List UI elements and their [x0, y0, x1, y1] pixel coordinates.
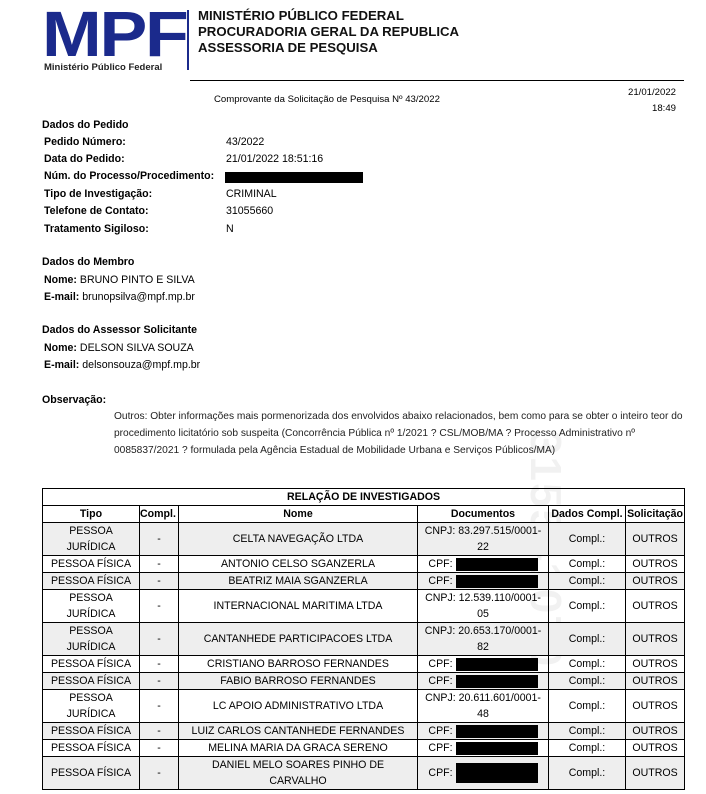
redaction-block [456, 675, 538, 688]
col-header-solicitacao: Solicitação [626, 506, 685, 523]
redacted-value [225, 170, 363, 183]
table-row: PESSOA FÍSICA-LUIZ CARLOS CANTANHEDE FER… [43, 723, 685, 740]
cell-nome: CANTANHEDE PARTICIPACOES LTDA [179, 623, 418, 656]
mpf-logo: MPF Ministério Público Federal [42, 6, 188, 70]
cell-documentos: CNPJ: 12.539.110/0001-05 [418, 590, 549, 623]
cell-solicitacao: OUTROS [626, 690, 685, 723]
cell-compl: - [140, 573, 179, 590]
col-header-dados-compl: Dados Compl. [549, 506, 626, 523]
document-date: 21/01/2022 [600, 85, 676, 101]
logo-text: MPF [42, 2, 187, 66]
cell-compl: - [140, 740, 179, 757]
cell-solicitacao: OUTROS [626, 523, 685, 556]
cell-tipo: PESSOA FÍSICA [43, 673, 140, 690]
cell-documentos: CPF: [418, 757, 549, 790]
cell-compl: - [140, 556, 179, 573]
field-value: 31055660 [226, 205, 273, 217]
cell-compl: - [140, 673, 179, 690]
table-row: PESSOAJURÍDICA-CANTANHEDE PARTICIPACOES … [43, 623, 685, 656]
logo-divider [187, 10, 189, 70]
cell-documentos: CPF: [418, 556, 549, 573]
table-row: PESSOA FÍSICA-MELINA MARIA DA GRACA SERE… [43, 740, 685, 757]
cell-dados-compl: Compl.: [549, 556, 626, 573]
observacao-text: Outros: Obter informações mais pormenori… [114, 408, 684, 459]
cell-solicitacao: OUTROS [626, 757, 685, 790]
cell-compl: - [140, 757, 179, 790]
document-datetime: 21/01/2022 18:49 [600, 85, 676, 117]
document-type: CPF: [428, 725, 452, 737]
col-header-tipo: Tipo [43, 506, 140, 523]
institution-line: MINISTÉRIO PÚBLICO FEDERAL [198, 8, 459, 24]
assessor-nome: Nome: DELSON SILVA SOUZA [44, 342, 194, 354]
header-rule [190, 80, 684, 81]
cell-documentos: CPF: [418, 656, 549, 673]
logo-subtitle: Ministério Público Federal [44, 62, 162, 73]
cell-tipo: PESSOA FÍSICA [43, 723, 140, 740]
cell-tipo: PESSOAJURÍDICA [43, 690, 140, 723]
field-label: Telefone de Contato: [44, 205, 149, 217]
cell-documentos: CPF: [418, 723, 549, 740]
cell-dados-compl: Compl.: [549, 673, 626, 690]
field-label: Tipo de Investigação: [44, 188, 152, 200]
cell-tipo: PESSOA FÍSICA [43, 556, 140, 573]
document-type: CPF: [428, 742, 452, 754]
cell-nome: LC APOIO ADMINISTRATIVO LTDA [179, 690, 418, 723]
cell-nome: ANTONIO CELSO SGANZERLA [179, 556, 418, 573]
field-value: N [226, 223, 234, 235]
field-label: Nome: [44, 342, 77, 354]
cell-nome: CRISTIANO BARROSO FERNANDES [179, 656, 418, 673]
section-heading-pedido: Dados do Pedido [42, 119, 129, 131]
cell-dados-compl: Compl.: [549, 623, 626, 656]
cell-dados-compl: Compl.: [549, 590, 626, 623]
cell-dados-compl: Compl.: [549, 573, 626, 590]
cell-nome: FABIO BARROSO FERNANDES [179, 673, 418, 690]
field-value: 43/2022 [226, 136, 264, 148]
field-label: Nome: [44, 274, 77, 286]
cell-tipo: PESSOA FÍSICA [43, 757, 140, 790]
table-row: PESSOAJURÍDICA-INTERNACIONAL MARITIMA LT… [43, 590, 685, 623]
field-label: Núm. do Processo/Procedimento: [44, 170, 214, 182]
field-label: Pedido Número: [44, 136, 126, 148]
cell-solicitacao: OUTROS [626, 740, 685, 757]
cell-compl: - [140, 723, 179, 740]
cell-solicitacao: OUTROS [626, 556, 685, 573]
cell-dados-compl: Compl.: [549, 723, 626, 740]
redaction-block [225, 172, 363, 183]
document-title: Comprovante da Solicitação de Pesquisa N… [214, 94, 440, 105]
cell-nome: MELINA MARIA DA GRACA SERENO [179, 740, 418, 757]
table-row: PESSOA FÍSICA-CRISTIANO BARROSO FERNANDE… [43, 656, 685, 673]
cell-dados-compl: Compl.: [549, 690, 626, 723]
field-label: E-mail: [44, 359, 79, 371]
col-header-compl: Compl. [140, 506, 179, 523]
cell-documentos: CPF: [418, 573, 549, 590]
cell-dados-compl: Compl.: [549, 656, 626, 673]
table-row: PESSOAJURÍDICA-CELTA NAVEGAÇÃO LTDACNPJ:… [43, 523, 685, 556]
field-value: DELSON SILVA SOUZA [80, 342, 194, 354]
cell-solicitacao: OUTROS [626, 590, 685, 623]
table-row: PESSOA FÍSICA-DANIEL MELO SOARES PINHO D… [43, 757, 685, 790]
document-type: CPF: [428, 675, 452, 687]
document-type: CPF: [428, 658, 452, 670]
col-header-nome: Nome [179, 506, 418, 523]
membro-email: E-mail: brunopsilva@mpf.mp.br [44, 291, 195, 303]
cell-compl: - [140, 590, 179, 623]
institution-line: ASSESSORIA DE PESQUISA [198, 40, 459, 56]
field-value: BRUNO PINTO E SILVA [80, 274, 195, 286]
cell-dados-compl: Compl.: [549, 757, 626, 790]
cell-compl: - [140, 690, 179, 723]
cell-documentos: CPF: [418, 673, 549, 690]
cell-nome: DANIEL MELO SOARES PINHO DECARVALHO [179, 757, 418, 790]
cell-tipo: PESSOAJURÍDICA [43, 623, 140, 656]
cell-documentos: CPF: [418, 740, 549, 757]
cell-solicitacao: OUTROS [626, 573, 685, 590]
cell-tipo: PESSOA FÍSICA [43, 740, 140, 757]
field-label: Tratamento Sigiloso: [44, 223, 149, 235]
cell-dados-compl: Compl.: [549, 740, 626, 757]
table-title: RELAÇÃO DE INVESTIGADOS [43, 489, 685, 506]
col-header-documentos: Documentos [418, 506, 549, 523]
cell-solicitacao: OUTROS [626, 656, 685, 673]
email-link: brunopsilva@mpf.mp.br [82, 291, 195, 303]
section-heading-assessor: Dados do Assessor Solicitante [42, 324, 197, 336]
document-time: 18:49 [600, 101, 676, 117]
cell-solicitacao: OUTROS [626, 623, 685, 656]
cell-tipo: PESSOAJURÍDICA [43, 523, 140, 556]
table-row: PESSOA FÍSICA-ANTONIO CELSO SGANZERLACPF… [43, 556, 685, 573]
table-row: PESSOAJURÍDICA-LC APOIO ADMINISTRATIVO L… [43, 690, 685, 723]
cell-nome: LUIZ CARLOS CANTANHEDE FERNANDES [179, 723, 418, 740]
cell-compl: - [140, 656, 179, 673]
redaction-block [456, 575, 538, 588]
institution-line: PROCURADORIA GERAL DA REPUBLICA [198, 24, 459, 40]
cell-documentos: CNPJ: 20.611.601/0001-48 [418, 690, 549, 723]
cell-tipo: PESSOAJURÍDICA [43, 590, 140, 623]
observacao-label: Observação: [42, 394, 106, 406]
table-row: PESSOA FÍSICA-BEATRIZ MAIA SGANZERLACPF:… [43, 573, 685, 590]
investigados-table: RELAÇÃO DE INVESTIGADOS Tipo Compl. Nome… [42, 488, 685, 790]
redaction-block [456, 558, 538, 571]
cell-nome: INTERNACIONAL MARITIMA LTDA [179, 590, 418, 623]
cell-tipo: PESSOA FÍSICA [43, 573, 140, 590]
cell-dados-compl: Compl.: [549, 523, 626, 556]
membro-nome: Nome: BRUNO PINTO E SILVA [44, 274, 195, 286]
table-body: PESSOAJURÍDICA-CELTA NAVEGAÇÃO LTDACNPJ:… [43, 523, 685, 790]
cell-nome: BEATRIZ MAIA SGANZERLA [179, 573, 418, 590]
redaction-block [456, 725, 538, 738]
field-value: 21/01/2022 18:51:16 [226, 153, 323, 165]
assessor-email: E-mail: delsonsouza@mpf.mp.br [44, 359, 200, 371]
section-heading-membro: Dados do Membro [42, 256, 134, 268]
cell-nome: CELTA NAVEGAÇÃO LTDA [179, 523, 418, 556]
cell-compl: - [140, 623, 179, 656]
cell-tipo: PESSOA FÍSICA [43, 656, 140, 673]
redaction-block [456, 763, 538, 783]
field-label: Data do Pedido: [44, 153, 125, 165]
cell-solicitacao: OUTROS [626, 673, 685, 690]
cell-documentos: CNPJ: 83.297.515/0001-22 [418, 523, 549, 556]
redaction-block [456, 742, 538, 755]
email-link: delsonsouza@mpf.mp.br [82, 359, 200, 371]
cell-solicitacao: OUTROS [626, 723, 685, 740]
document-type: CPF: [428, 767, 452, 779]
institution-header: MINISTÉRIO PÚBLICO FEDERAL PROCURADORIA … [198, 8, 459, 56]
redaction-block [456, 658, 538, 671]
document-type: CPF: [428, 575, 452, 587]
field-label: E-mail: [44, 291, 79, 303]
document-type: CPF: [428, 558, 452, 570]
cell-documentos: CNPJ: 20.653.170/0001-82 [418, 623, 549, 656]
table-row: PESSOA FÍSICA-FABIO BARROSO FERNANDESCPF… [43, 673, 685, 690]
cell-compl: - [140, 523, 179, 556]
field-value: CRIMINAL [226, 188, 277, 200]
